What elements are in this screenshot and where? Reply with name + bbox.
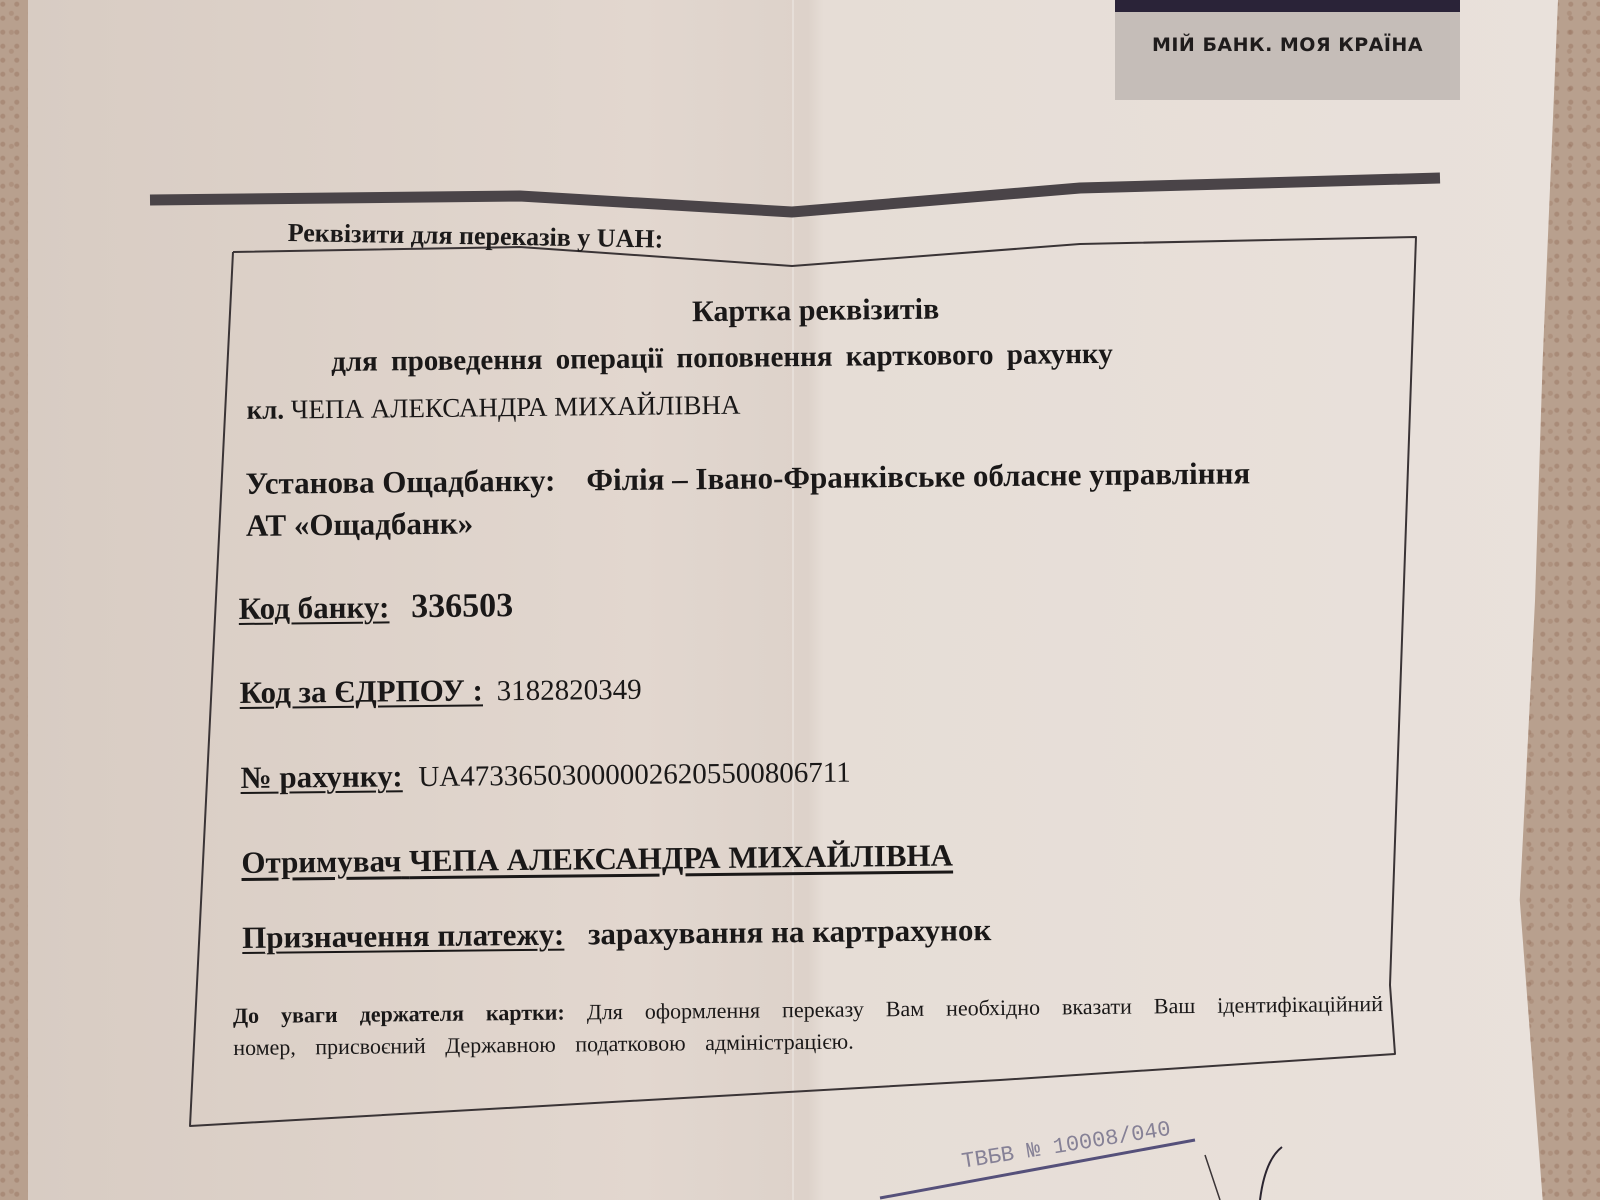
header-rule [150,178,1440,212]
purpose-label: Призначення платежу: [242,917,564,955]
edrpou-value: 3182820349 [496,674,641,708]
institution-row: Установа Ощадбанку: Філія – Івано-Франкі… [245,452,1276,547]
client-line: кл. ЧЕПА АЛЕКСАНДРА МИХАЙЛІВНА [246,390,740,426]
signature-mark [1260,1147,1282,1200]
client-prefix: кл. [246,394,284,424]
recipient-row: Отримувач ЧЕПА АЛЕКСАНДРА МИХАЙЛІВНА [241,838,953,881]
bank-code-value: 336503 [411,587,513,625]
client-name: ЧЕПА АЛЕКСАНДРА МИХАЙЛІВНА [291,390,741,425]
recipient-label: Отримувач [241,843,401,880]
edrpou-row: Код за ЄДРПОУ : 3182820349 [239,671,641,711]
card-title: Картка реквізитів [235,288,1395,334]
stamp-side-line [1205,1155,1220,1200]
account-label: № рахунку: [240,758,403,795]
requisites-card: Картка реквізитів для проведення операці… [235,243,1404,1105]
purpose-row: Призначення платежу: зарахування на карт… [242,912,991,956]
institution-label: Установа Ощадбанку: [245,463,555,501]
purpose-value: зарахування на картрахунок [588,912,992,951]
cardholder-notice: До уваги держателя картки: Для оформленн… [233,988,1384,1064]
account-row: № рахунку: UA473365030000026205500806711 [240,754,851,796]
bank-code-label: Код банку: [239,589,390,626]
card-subtitle: для проведення операції поповнення картк… [331,338,1113,379]
notice-label: До уваги держателя картки: [233,1000,565,1028]
edrpou-label: Код за ЄДРПОУ : [239,672,483,710]
account-value: UA473365030000026205500806711 [418,757,851,794]
recipient-value: ЧЕПА АЛЕКСАНДРА МИХАЙЛІВНА [409,838,953,879]
bank-code-row: Код банку: 336503 [239,587,514,628]
